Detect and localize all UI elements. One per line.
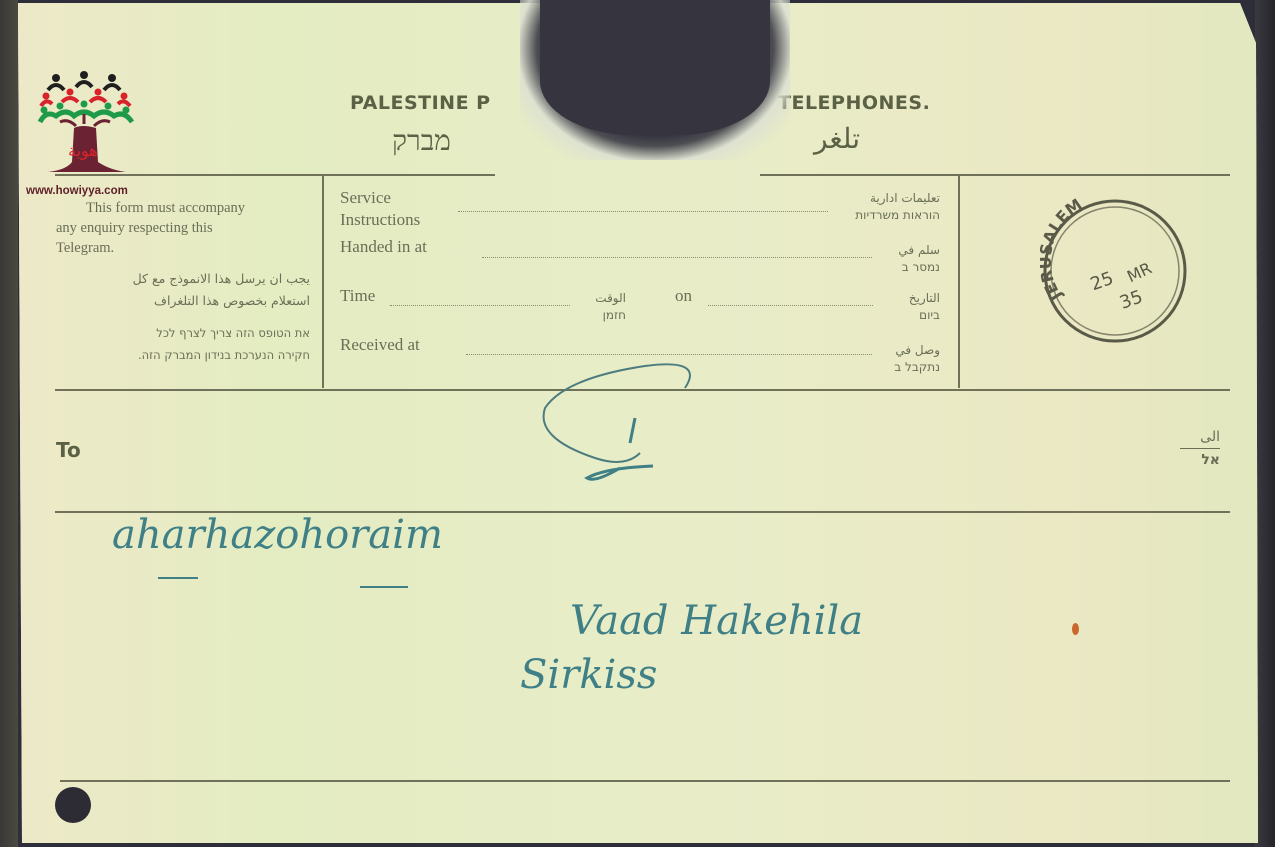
notice-divider xyxy=(322,175,324,388)
notice-line: את הטופס הזה צריך לצרף לכל xyxy=(52,322,310,344)
handwritten-mark-icon xyxy=(535,358,720,493)
received-at-field[interactable] xyxy=(466,354,872,355)
label-arabic: التاريخ xyxy=(820,290,940,307)
underline-mark xyxy=(158,577,198,579)
label-hebrew: חזמן xyxy=(560,307,626,324)
svg-text:هوية: هوية xyxy=(68,141,98,161)
message-line-2: Vaad Hakehila xyxy=(570,598,863,644)
notice-line: חקירה הנערכת בנידון המברק הזה. xyxy=(52,344,310,366)
scan-border-right xyxy=(1255,0,1275,847)
postmark-city: JERUSALEM xyxy=(1040,196,1085,305)
notice-arabic: يجب ان يرسل هذا الانموذج مع كل استعلام ب… xyxy=(52,268,310,312)
postmark-stamp-icon: JERUSALEM 25 MR 35 xyxy=(1040,196,1190,346)
label-arabic: الوقت xyxy=(560,290,626,307)
notice-line: any enquiry respecting this xyxy=(56,218,311,238)
header-rule-left xyxy=(55,174,495,176)
service-label-1: Service xyxy=(340,188,391,208)
tree-of-people-logo-icon: هوية xyxy=(38,70,134,180)
arabic-title: تلغر xyxy=(780,122,860,155)
time-label: Time xyxy=(340,286,375,306)
to-label-ar-he: الى אל xyxy=(1180,426,1220,471)
postmark-day: 25 xyxy=(1088,268,1117,296)
footer-rule xyxy=(60,780,1230,782)
message-line-3: Sirkiss xyxy=(520,652,657,698)
label-hebrew: הוראות משרדיות xyxy=(820,207,940,224)
postmark-year: 35 xyxy=(1117,286,1146,314)
label-arabic: سلم في xyxy=(820,242,940,259)
service-label-2: Instructions xyxy=(340,210,420,230)
label-hebrew: נתקבל ב xyxy=(820,359,940,376)
notice-line: يجب ان يرسل هذا الانموذج مع كل xyxy=(52,268,310,290)
scan-border-left xyxy=(0,0,18,847)
handed-in-field[interactable] xyxy=(482,257,872,258)
underline-mark xyxy=(360,586,408,588)
handed-in-label-ar-he: سلم في נמסר ב xyxy=(820,242,940,276)
label-arabic: تعليمات ادارية xyxy=(820,190,940,207)
handed-in-label: Handed in at xyxy=(340,237,427,257)
notice-hebrew: את הטופס הזה צריך לצרף לכל חקירה הנערכת … xyxy=(52,322,310,366)
svg-text:JERUSALEM: JERUSALEM xyxy=(1040,196,1085,305)
notice-line: Telegram. xyxy=(56,238,311,258)
burn-hole xyxy=(540,0,770,135)
punch-hole xyxy=(55,787,91,823)
label-hebrew: ביום xyxy=(820,307,940,324)
on-label: on xyxy=(675,286,692,306)
notice-line: استعلام بخصوص هذا التلغراف xyxy=(52,290,310,312)
form-title-left: PALESTINE P xyxy=(350,92,491,114)
form-title-right: TELEPHONES. xyxy=(778,92,930,114)
ink-spot xyxy=(1072,623,1079,635)
to-label: To xyxy=(56,438,81,462)
notice-line: This form must accompany xyxy=(56,198,311,218)
service-instructions-field[interactable] xyxy=(458,211,828,212)
watermark-url[interactable]: www.howiyya.com xyxy=(26,185,128,197)
label-arabic: الى xyxy=(1180,426,1220,448)
fields-divider xyxy=(958,175,960,388)
date-label-ar-he: التاريخ ביום xyxy=(820,290,940,324)
received-label-ar-he: وصل في נתקבל ב xyxy=(820,342,940,376)
received-at-label: Received at xyxy=(340,335,420,355)
message-line-1: aharhazohoraim xyxy=(112,512,443,558)
notice-english: This form must accompany any enquiry res… xyxy=(56,198,311,258)
postmark-month: MR xyxy=(1124,258,1155,286)
label-arabic: وصل في xyxy=(820,342,940,359)
time-label-ar-he: الوقت חזמן xyxy=(560,290,626,324)
label-hebrew: אל xyxy=(1180,448,1220,471)
hebrew-title: מברק xyxy=(392,124,451,158)
time-field[interactable] xyxy=(390,305,570,306)
service-label-ar-he: تعليمات ادارية הוראות משרדיות xyxy=(820,190,940,224)
header-rule-right xyxy=(760,174,1230,176)
label-hebrew: נמסר ב xyxy=(820,259,940,276)
